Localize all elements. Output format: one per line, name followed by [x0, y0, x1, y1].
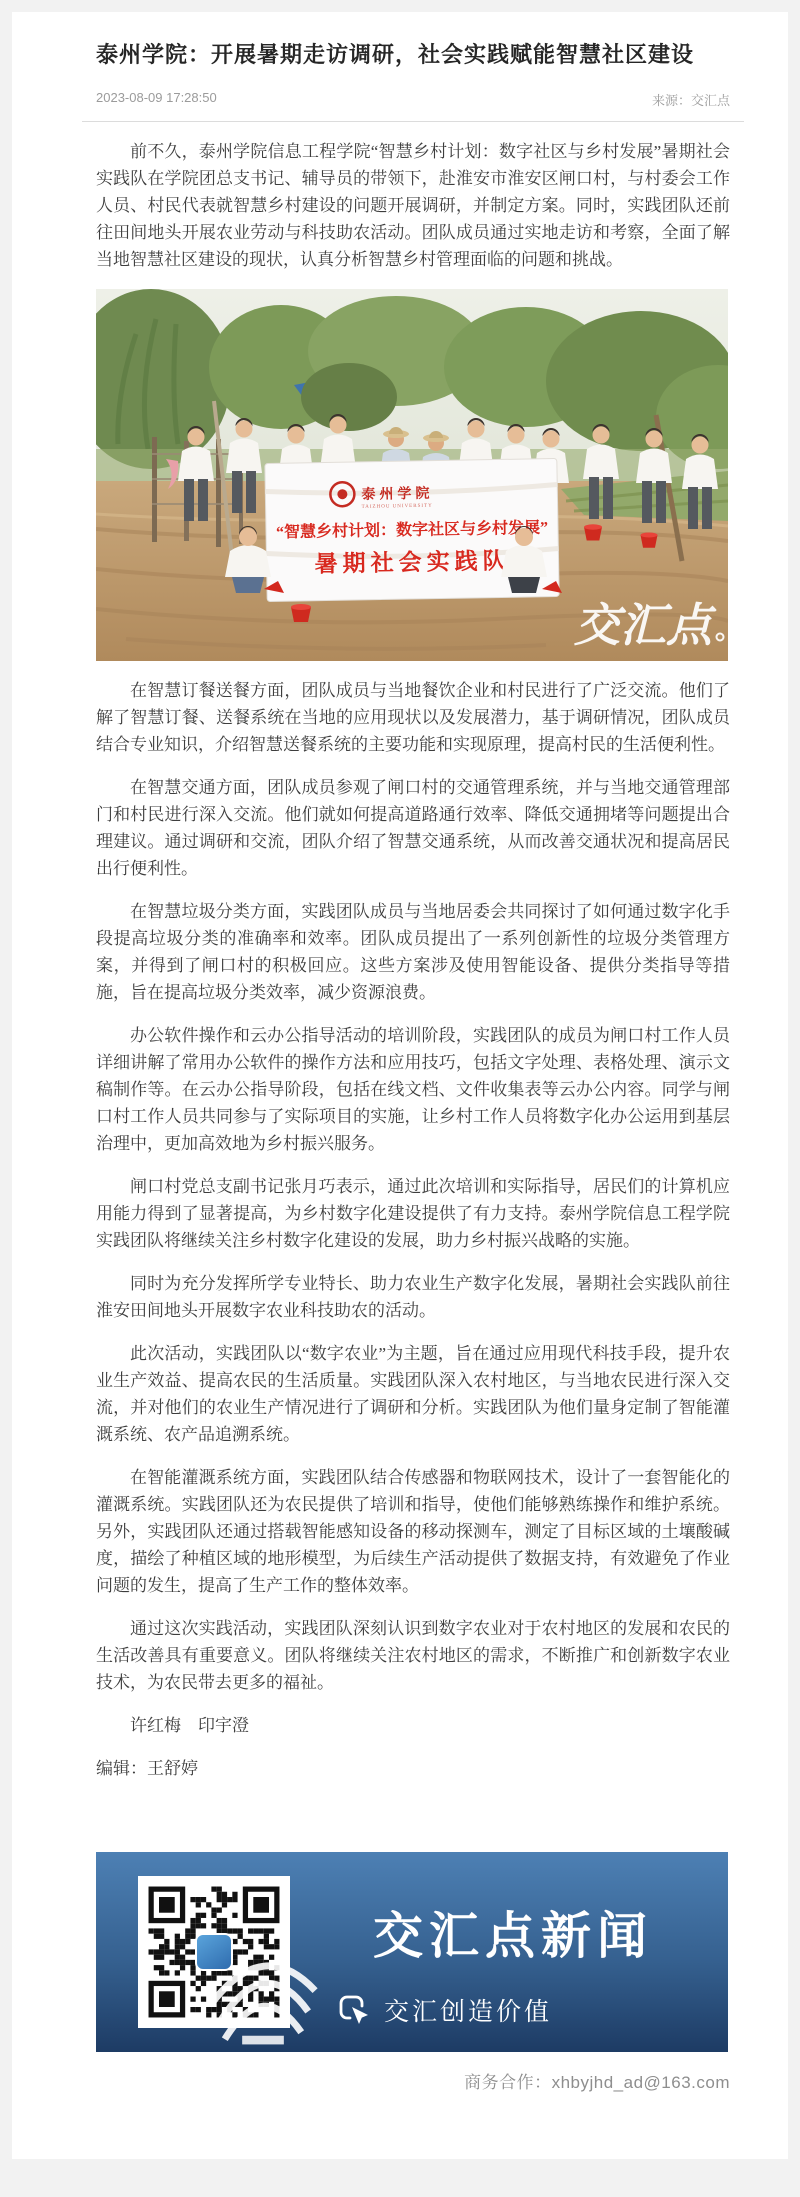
header-divider — [82, 121, 744, 122]
business-contact: 商务合作：xhbyjhd_ad@163.com — [96, 2068, 730, 2093]
article-card: 泰州学院：开展暑期走访调研，社会实践赋能智慧社区建设 2023-08-09 17… — [12, 12, 788, 2159]
article-editor: 编辑：王舒婷 — [96, 1755, 730, 1782]
article-paragraph: 在智慧垃圾分类方面，实践团队成员与当地居委会共同探讨了如何通过数字化手段提高垃圾… — [96, 898, 730, 1006]
article-title: 泰州学院：开展暑期走访调研，社会实践赋能智慧社区建设 — [96, 40, 730, 70]
article-body: 前不久，泰州学院信息工程学院“智慧乡村计划：数字社区与乡村发展”暑期社会实践队在… — [96, 138, 730, 1696]
article-lead-paragraph: 前不久，泰州学院信息工程学院“智慧乡村计划：数字社区与乡村发展”暑期社会实践队在… — [96, 138, 730, 273]
promo-slogan-text: 交汇创造价值 — [384, 1992, 552, 2028]
group-photo-illustration: 泰州学院 TAIZHOU UNIVERSITY “智慧乡村计划：数字社区与乡村发… — [96, 289, 728, 661]
photo-banner-line2: 暑期社会实践队 — [314, 547, 510, 576]
footer-promo-banner: 交汇点新闻 交汇创造价值 — [96, 1852, 728, 2052]
publish-time: 2023-08-09 17:28:50 — [96, 90, 217, 109]
news-app-icon — [197, 1935, 329, 2052]
article-meta: 2023-08-09 17:28:50 来源：交汇点 — [96, 90, 730, 109]
article-paragraphs: 在智慧订餐送餐方面，团队成员与当地餐饮企业和村民进行了广泛交流。他们了解了智慧订… — [96, 677, 730, 1696]
article-byline: 许红梅 印宇澄 — [96, 1712, 730, 1739]
promo-slogan-row: 交汇创造价值 — [336, 1992, 552, 2028]
article-paragraph: 在智慧订餐送餐方面，团队成员与当地餐饮企业和村民进行了广泛交流。他们了解了智慧订… — [96, 677, 730, 758]
qr-code — [138, 1876, 290, 2028]
click-cursor-icon — [336, 1993, 370, 2027]
article-paragraph: 同时为充分发挥所学专业特长、助力农业生产数字化发展，暑期社会实践队前往淮安田间地… — [96, 1270, 730, 1324]
article-paragraph: 办公软件操作和云办公指导活动的培训阶段，实践团队的成员为闸口村工作人员详细讲解了… — [96, 1022, 730, 1157]
promo-brand-title: 交汇点新闻 — [318, 1896, 708, 1968]
article-paragraph: 在智能灌溉系统方面，实践团队结合传感器和物联网技术，设计了一套智能化的灌溉系统。… — [96, 1464, 730, 1599]
article-paragraph: 通过这次实践活动，实践团队深刻认识到数字农业对于农村地区的发展和农民的生活改善具… — [96, 1615, 730, 1696]
article-source: 来源：交汇点 — [652, 90, 730, 109]
article-photo: 泰州学院 TAIZHOU UNIVERSITY “智慧乡村计划：数字社区与乡村发… — [96, 289, 730, 661]
article-paragraph: 此次活动，实践团队以“数字农业”为主题，旨在通过应用现代科技手段，提升农业生产效… — [96, 1340, 730, 1448]
qr-center-logo — [195, 1933, 233, 1971]
article-paragraph: 在智慧交通方面，团队成员参观了闸口村的交通管理系统，并与当地交通管理部门和村民进… — [96, 774, 730, 882]
photo-school-logo-text: 泰州学院 — [361, 485, 433, 503]
article-paragraph: 闸口村党总支副书记张月巧表示，通过此次培训和实际指导，居民们的计算机应用能力得到… — [96, 1173, 730, 1254]
photo-watermark: 交汇点 — [574, 598, 717, 652]
